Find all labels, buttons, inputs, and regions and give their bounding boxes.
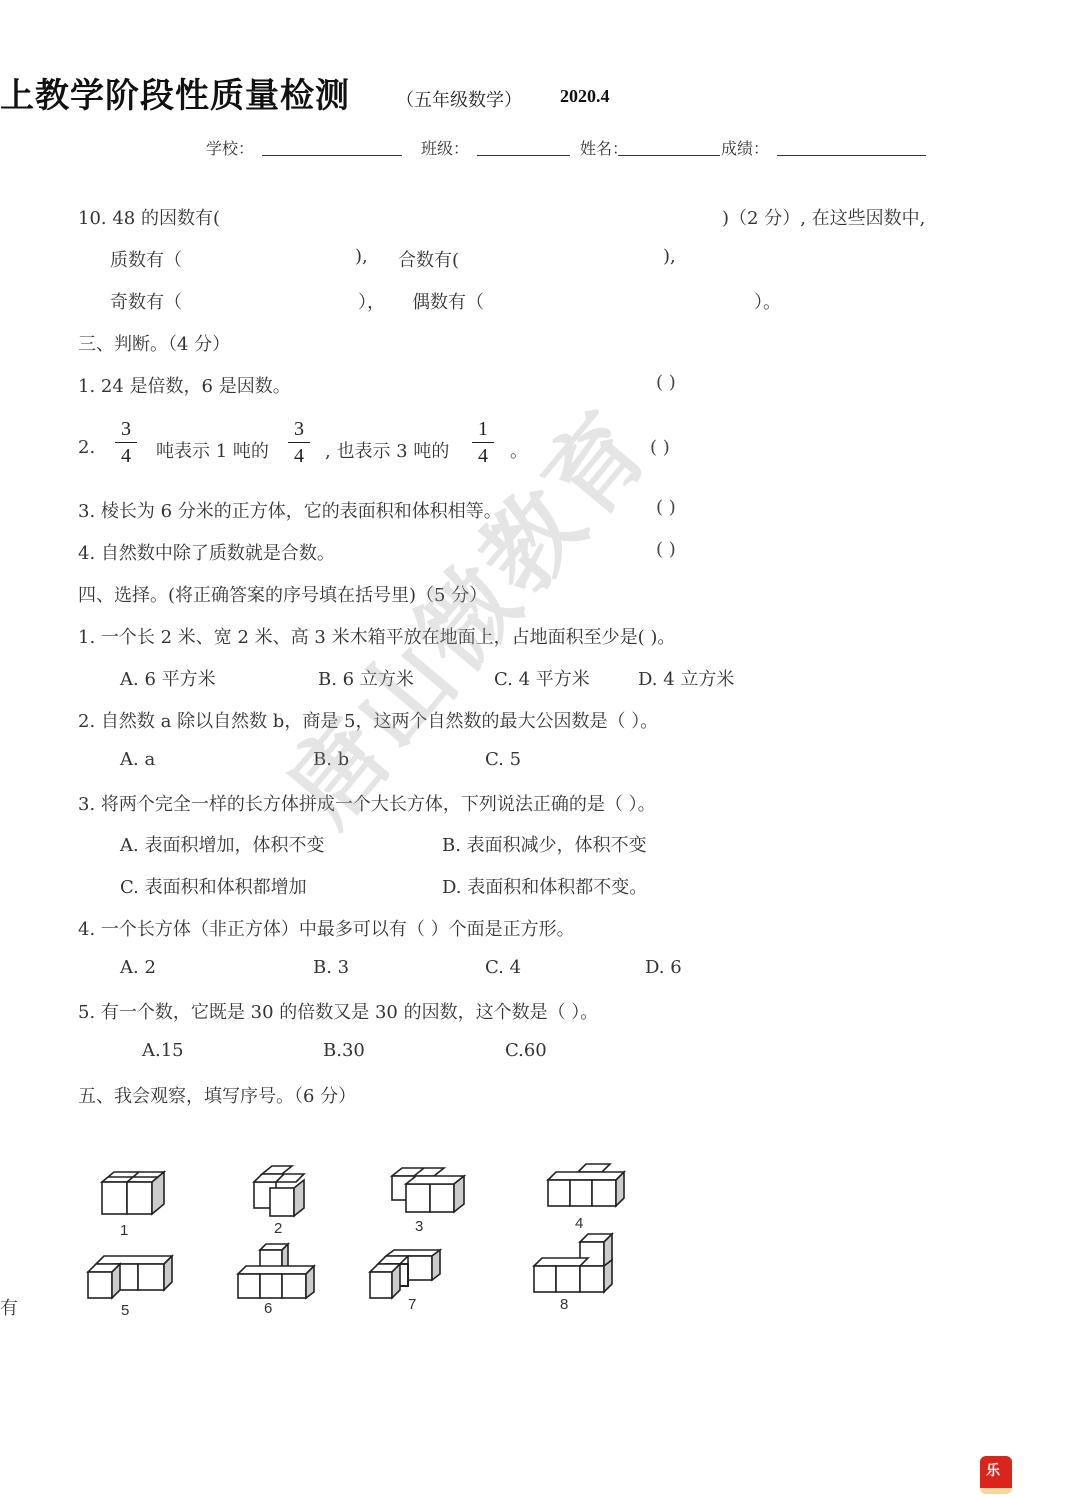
figure-label-3: 3 [415, 1218, 423, 1235]
judge-answer-4[interactable]: ( ) [656, 539, 676, 560]
figure-label-6: 6 [264, 1300, 272, 1317]
name-field[interactable] [618, 155, 720, 156]
class-label: 班级： [421, 136, 469, 159]
q1-option-a[interactable]: A. 6 平方米 [120, 665, 216, 691]
exam-title: 上教学阶段性质量检测 [0, 68, 350, 117]
judge-item-2-mid1: 吨表示 1 吨的 [156, 437, 269, 463]
exam-subtitle: （五年级数学） [396, 86, 522, 112]
app-logo-icon: 乐 [980, 1456, 1012, 1494]
q10-composite-label: 合数有( [398, 246, 459, 272]
q10-even-close: ）。 [754, 288, 781, 314]
cube-figure-3 [388, 1166, 468, 1218]
judge-item-4: 4. 自然数中除了质数就是合数。 [78, 539, 335, 565]
q3-option-c[interactable]: C. 表面积和体积都增加 [120, 873, 307, 899]
q10-composite-close: ), [663, 246, 676, 267]
choice-question-3: 3. 将两个完全一样的长方体拼成一个大长方体，下列说法正确的是（ ）。 [78, 790, 656, 816]
q10-prime-label: 质数有（ [110, 246, 182, 272]
judge-item-2-end: 。 [510, 437, 528, 463]
school-field[interactable] [262, 155, 402, 156]
q4-option-c[interactable]: C. 4 [485, 957, 521, 978]
q4-option-b[interactable]: B. 3 [313, 957, 349, 978]
judge-item-3: 3. 棱长为 6 分米的正方体，它的表面积和体积相等。 [78, 497, 502, 523]
cube-figure-6 [234, 1242, 320, 1302]
cube-figure-4 [544, 1162, 630, 1210]
school-label: 学校： [206, 136, 254, 159]
judge-answer-3[interactable]: ( ) [656, 497, 676, 518]
q3-option-a[interactable]: A. 表面积增加，体积不变 [120, 831, 324, 857]
figure-label-7: 7 [408, 1296, 416, 1313]
q1-option-b[interactable]: B. 6 立方米 [318, 665, 414, 691]
judge-answer-2[interactable]: ( ) [650, 437, 670, 458]
exam-date: 2020.4 [560, 86, 610, 107]
q5-option-b[interactable]: B.30 [323, 1040, 365, 1061]
figure-label-1: 1 [120, 1222, 128, 1239]
judge-item-1: 1. 24 是倍数，6 是因数。 [78, 372, 291, 398]
figure-label-5: 5 [121, 1302, 129, 1319]
class-field[interactable] [477, 155, 570, 156]
figure-label-4: 4 [575, 1215, 583, 1232]
choice-question-1: 1. 一个长 2 米、宽 2 米、高 3 米木箱平放在地面上，占地面积至少是( … [78, 623, 675, 649]
fraction-1-4: 14 [472, 418, 494, 467]
score-label: 成绩： [721, 136, 769, 159]
fraction-3-4-a: 34 [115, 418, 137, 467]
score-field[interactable] [777, 155, 926, 156]
q4-option-d[interactable]: D. 6 [645, 957, 682, 978]
q10-odd-close: ）， [358, 288, 385, 314]
section3-heading: 三、判断。（4 分） [78, 330, 230, 356]
choice-question-5: 5. 有一个数，它既是 30 的倍数又是 30 的因数，这个数是（ ）。 [78, 998, 598, 1024]
q1-option-d[interactable]: D. 4 立方米 [638, 665, 734, 691]
section5-heading: 五、我会观察，填写序号。（6 分） [78, 1082, 356, 1108]
q3-option-b[interactable]: B. 表面积减少，体积不变 [442, 831, 647, 857]
cube-figure-8 [532, 1232, 616, 1298]
q2-option-c[interactable]: C. 5 [485, 749, 521, 770]
cube-figure-1 [96, 1168, 168, 1222]
cube-figure-7 [368, 1248, 444, 1302]
q10-odd-label: 奇数有（ [110, 288, 182, 314]
q3-option-d[interactable]: D. 表面积和体积都不变。 [442, 873, 647, 899]
cropped-edge-text: 有 [0, 1294, 18, 1320]
watermark: 唐山微教育 [250, 377, 676, 848]
cube-figure-2 [250, 1164, 314, 1222]
figure-label-8: 8 [560, 1296, 568, 1313]
judge-item-2-mid2: , 也表示 3 吨的 [325, 437, 449, 463]
figure-label-2: 2 [274, 1220, 282, 1237]
fraction-3-4-b: 34 [288, 418, 310, 467]
judge-item-2-prefix: 2. [78, 437, 95, 458]
q4-option-a[interactable]: A. 2 [120, 957, 156, 978]
q10-even-label: 偶数有（ [412, 288, 484, 314]
q10-line1-right: )（2 分）, 在这些因数中, [722, 204, 925, 230]
q10-prime-close: ), [355, 246, 368, 267]
judge-answer-1[interactable]: ( ) [656, 372, 676, 393]
q5-option-a[interactable]: A.15 [142, 1040, 184, 1061]
q2-option-a[interactable]: A. a [120, 749, 155, 770]
choice-question-2: 2. 自然数 a 除以自然数 b，商是 5，这两个自然数的最大公因数是（ ）。 [78, 707, 658, 733]
q2-option-b[interactable]: B. b [313, 749, 349, 770]
choice-question-4: 4. 一个长方体（非正方体）中最多可以有（ ）个面是正方形。 [78, 915, 575, 941]
q10-line1-left: 10. 48 的因数有( [78, 204, 220, 230]
cube-figure-5 [86, 1254, 176, 1302]
section4-heading: 四、选择。(将正确答案的序号填在括号里)（5 分） [78, 581, 487, 607]
q1-option-c[interactable]: C. 4 平方米 [494, 665, 590, 691]
q5-option-c[interactable]: C.60 [505, 1040, 547, 1061]
